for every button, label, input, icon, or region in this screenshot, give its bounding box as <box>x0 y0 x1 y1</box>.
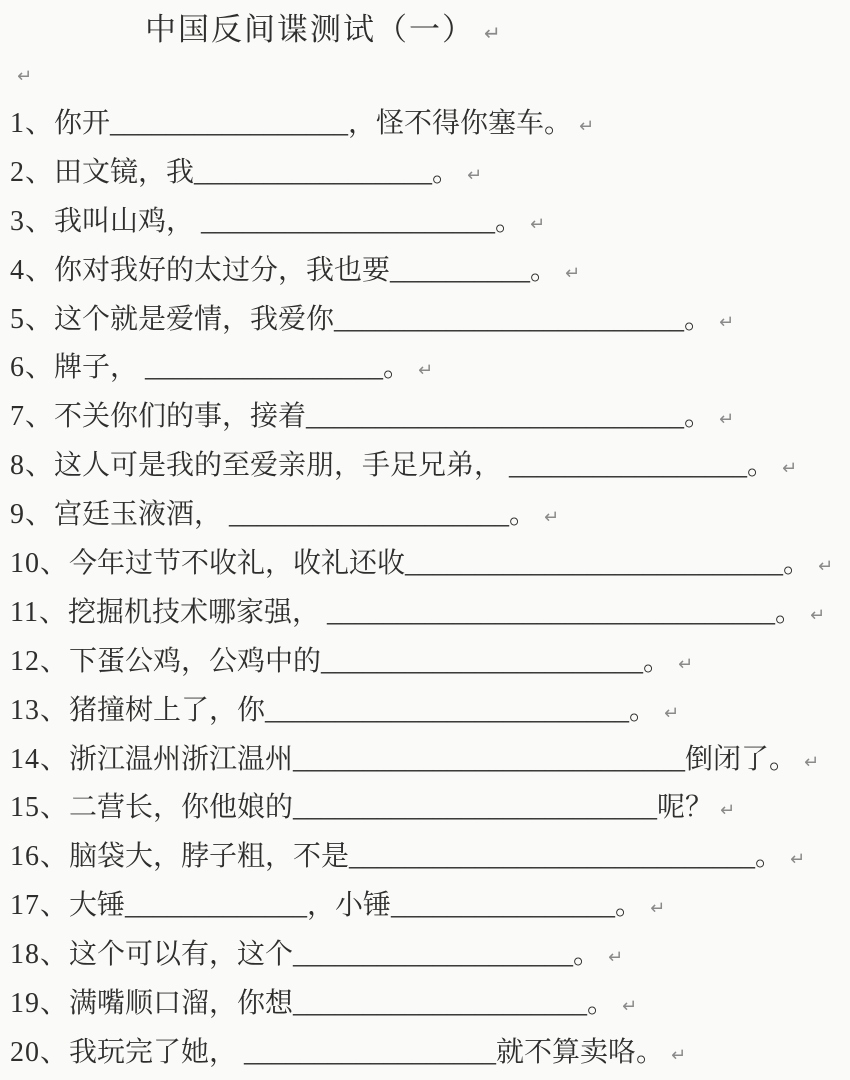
line-break-icon: ↵ <box>810 605 825 626</box>
question-text-mid: 。 <box>587 988 615 1019</box>
question-text-mid: ，小锤 <box>307 890 391 921</box>
question-number: 17、 <box>10 890 69 921</box>
question-number: 2、 <box>10 157 54 188</box>
fill-in-blank: __________________________ <box>293 792 657 823</box>
question-text-pre: 挖掘机技术哪家强， <box>68 597 327 628</box>
question-row: 18、这个可以有，这个____________________。↵ <box>10 931 850 980</box>
question-text-pre: 这人可是我的至爱亲朋，手足兄弟， <box>54 450 509 481</box>
line-break-icon: ↵ <box>719 409 734 430</box>
question-text-pre: 大锤 <box>69 890 125 921</box>
question-number: 9、 <box>10 499 54 530</box>
question-text-pre: 浙江温州浙江温州 <box>69 744 293 775</box>
question-row: 1、你开_________________，怪不得你塞车。↵ <box>10 100 850 149</box>
line-break-icon: ↵ <box>17 66 32 87</box>
line-break-icon: ↵ <box>544 507 559 528</box>
question-row: 11、挖掘机技术哪家强， ___________________________… <box>10 589 850 638</box>
document-page: 中国反间谍测试（一）↵ ↵ 1、你开_________________，怪不得你… <box>0 0 850 1080</box>
question-number: 12、 <box>10 646 69 677</box>
question-list: 1、你开_________________，怪不得你塞车。↵ 2、田文镜，我__… <box>10 100 850 1078</box>
question-number: 18、 <box>10 939 69 970</box>
line-break-icon: ↵ <box>678 654 693 675</box>
line-break-icon: ↵ <box>719 312 734 333</box>
question-row: 14、浙江温州浙江温州____________________________倒… <box>10 736 850 785</box>
question-text-pre: 你对我好的太过分，我也要 <box>54 255 390 286</box>
fill-in-blank: _________________ <box>194 157 432 188</box>
line-break-icon: ↵ <box>530 214 545 235</box>
question-number: 14、 <box>10 744 69 775</box>
question-row: 8、这人可是我的至爱亲朋，手足兄弟， _________________。↵ <box>10 442 850 491</box>
line-break-icon: ↵ <box>671 1045 686 1066</box>
fill-in-blank: _________________ <box>110 108 348 139</box>
fill-in-blank: ___________________________ <box>306 401 684 432</box>
question-number: 5、 <box>10 304 54 335</box>
question-number: 10、 <box>10 548 69 579</box>
line-break-icon: ↵ <box>804 752 819 773</box>
question-row: 10、今年过节不收礼，收礼还收_________________________… <box>10 540 850 589</box>
fill-in-blank: _______________________ <box>321 646 643 677</box>
fill-in-blank: __________________________ <box>265 695 629 726</box>
question-text-mid: 。 <box>530 255 558 286</box>
question-number: 3、 <box>10 206 54 237</box>
question-text-pre: 你开 <box>54 108 110 139</box>
question-text-mid: 。 <box>432 157 460 188</box>
question-row: 15、二营长，你他娘的__________________________呢？↵ <box>10 784 850 833</box>
question-text-mid: 倒闭了。 <box>685 744 797 775</box>
fill-in-blank: _________________________ <box>334 304 684 335</box>
question-text-mid: 。 <box>629 695 657 726</box>
fill-in-blank: _____________________ <box>293 988 587 1019</box>
line-break-icon: ↵ <box>650 898 665 919</box>
question-row: 2、田文镜，我_________________。↵ <box>10 149 850 198</box>
question-text-mid: 。 <box>383 352 411 383</box>
fill-in-blank: _____________ <box>125 890 307 921</box>
fill-in-blank: __________ <box>390 255 530 286</box>
fill-in-blank: ____________________ <box>293 939 573 970</box>
fill-in-blank: ____________________________ <box>293 744 685 775</box>
line-break-icon: ↵ <box>484 21 501 45</box>
question-row: 6、牌子， _________________。↵ <box>10 344 850 393</box>
question-text-pre: 宫廷玉液酒， <box>54 499 229 530</box>
empty-paragraph: ↵ <box>10 54 850 100</box>
question-text-pre: 田文镜，我 <box>54 157 194 188</box>
line-break-icon: ↵ <box>608 947 623 968</box>
page-title: 中国反间谍测试（一） <box>145 12 475 47</box>
fill-in-blank: _________________ <box>145 352 383 383</box>
line-break-icon: ↵ <box>720 800 735 821</box>
fill-in-blank: ________________________________ <box>327 597 775 628</box>
question-text-mid: 。 <box>684 401 712 432</box>
question-text-mid: 。 <box>747 450 775 481</box>
line-break-icon: ↵ <box>818 556 833 577</box>
fill-in-blank: ____________________ <box>229 499 509 530</box>
question-number: 19、 <box>10 988 69 1019</box>
question-text-mid: 。 <box>684 304 712 335</box>
question-row: 12、下蛋公鸡，公鸡中的_______________________。↵ <box>10 638 850 687</box>
line-break-icon: ↵ <box>467 165 482 186</box>
question-number: 7、 <box>10 401 54 432</box>
line-break-icon: ↵ <box>790 849 805 870</box>
question-text-pre: 下蛋公鸡，公鸡中的 <box>69 646 321 677</box>
question-text-pre: 牌子， <box>54 352 145 383</box>
line-break-icon: ↵ <box>579 116 594 137</box>
question-row: 13、猪撞树上了，你__________________________。↵ <box>10 687 850 736</box>
question-text-pre: 今年过节不收礼，收礼还收 <box>69 548 405 579</box>
question-text-pre: 脑袋大，脖子粗，不是 <box>69 841 349 872</box>
question-text-suffix: 。 <box>615 890 643 921</box>
question-row: 9、宫廷玉液酒， ____________________。↵ <box>10 491 850 540</box>
question-text-mid: ，怪不得你塞车。 <box>348 108 572 139</box>
question-text-pre: 猪撞树上了，你 <box>69 695 265 726</box>
fill-in-blank: _____________________________ <box>349 841 755 872</box>
question-text-mid: 。 <box>573 939 601 970</box>
question-number: 4、 <box>10 255 54 286</box>
question-number: 16、 <box>10 841 69 872</box>
question-text-pre: 二营长，你他娘的 <box>69 792 293 823</box>
question-text-pre: 不关你们的事，接着 <box>54 401 306 432</box>
question-row: 5、这个就是爱情，我爱你_________________________。↵ <box>10 296 850 345</box>
question-text-pre: 这个就是爱情，我爱你 <box>54 304 334 335</box>
question-row: 17、大锤_____________，小锤________________。↵ <box>10 882 850 931</box>
question-row: 4、你对我好的太过分，我也要__________。↵ <box>10 247 850 296</box>
question-text-mid: 呢？ <box>657 792 713 823</box>
question-text-pre: 这个可以有，这个 <box>69 939 293 970</box>
question-text-mid: 。 <box>775 597 803 628</box>
title-row: 中国反间谍测试（一）↵ <box>10 6 850 54</box>
question-row: 19、满嘴顺口溜，你想_____________________。↵ <box>10 980 850 1029</box>
question-row: 16、脑袋大，脖子粗，不是___________________________… <box>10 833 850 882</box>
question-number: 6、 <box>10 352 54 383</box>
line-break-icon: ↵ <box>418 360 433 381</box>
line-break-icon: ↵ <box>565 263 580 284</box>
question-number: 8、 <box>10 450 54 481</box>
question-text-mid: 。 <box>783 548 811 579</box>
line-break-icon: ↵ <box>622 996 637 1017</box>
question-text-mid: 。 <box>643 646 671 677</box>
question-number: 11、 <box>10 597 68 628</box>
question-text-mid: 。 <box>755 841 783 872</box>
question-text-pre: 我玩完了她， <box>69 1037 244 1068</box>
fill-in-blank: __________________ <box>244 1037 496 1068</box>
fill-in-blank: ________________ <box>391 890 615 921</box>
line-break-icon: ↵ <box>782 458 797 479</box>
question-text-mid: 。 <box>509 499 537 530</box>
fill-in-blank: _____________________ <box>201 206 495 237</box>
fill-in-blank: ___________________________ <box>405 548 783 579</box>
fill-in-blank: _________________ <box>509 450 747 481</box>
question-text-mid: 就不算卖咯。 <box>496 1037 664 1068</box>
question-number: 1、 <box>10 108 54 139</box>
question-row: 7、不关你们的事，接着___________________________。↵ <box>10 393 850 442</box>
question-row: 3、我叫山鸡， _____________________。↵ <box>10 198 850 247</box>
question-number: 15、 <box>10 792 69 823</box>
question-row: 20、我玩完了她， __________________就不算卖咯。↵ <box>10 1029 850 1078</box>
question-text-mid: 。 <box>495 206 523 237</box>
line-break-icon: ↵ <box>664 703 679 724</box>
question-text-pre: 我叫山鸡， <box>54 206 201 237</box>
question-text-pre: 满嘴顺口溜，你想 <box>69 988 293 1019</box>
question-number: 13、 <box>10 695 69 726</box>
question-number: 20、 <box>10 1037 69 1068</box>
